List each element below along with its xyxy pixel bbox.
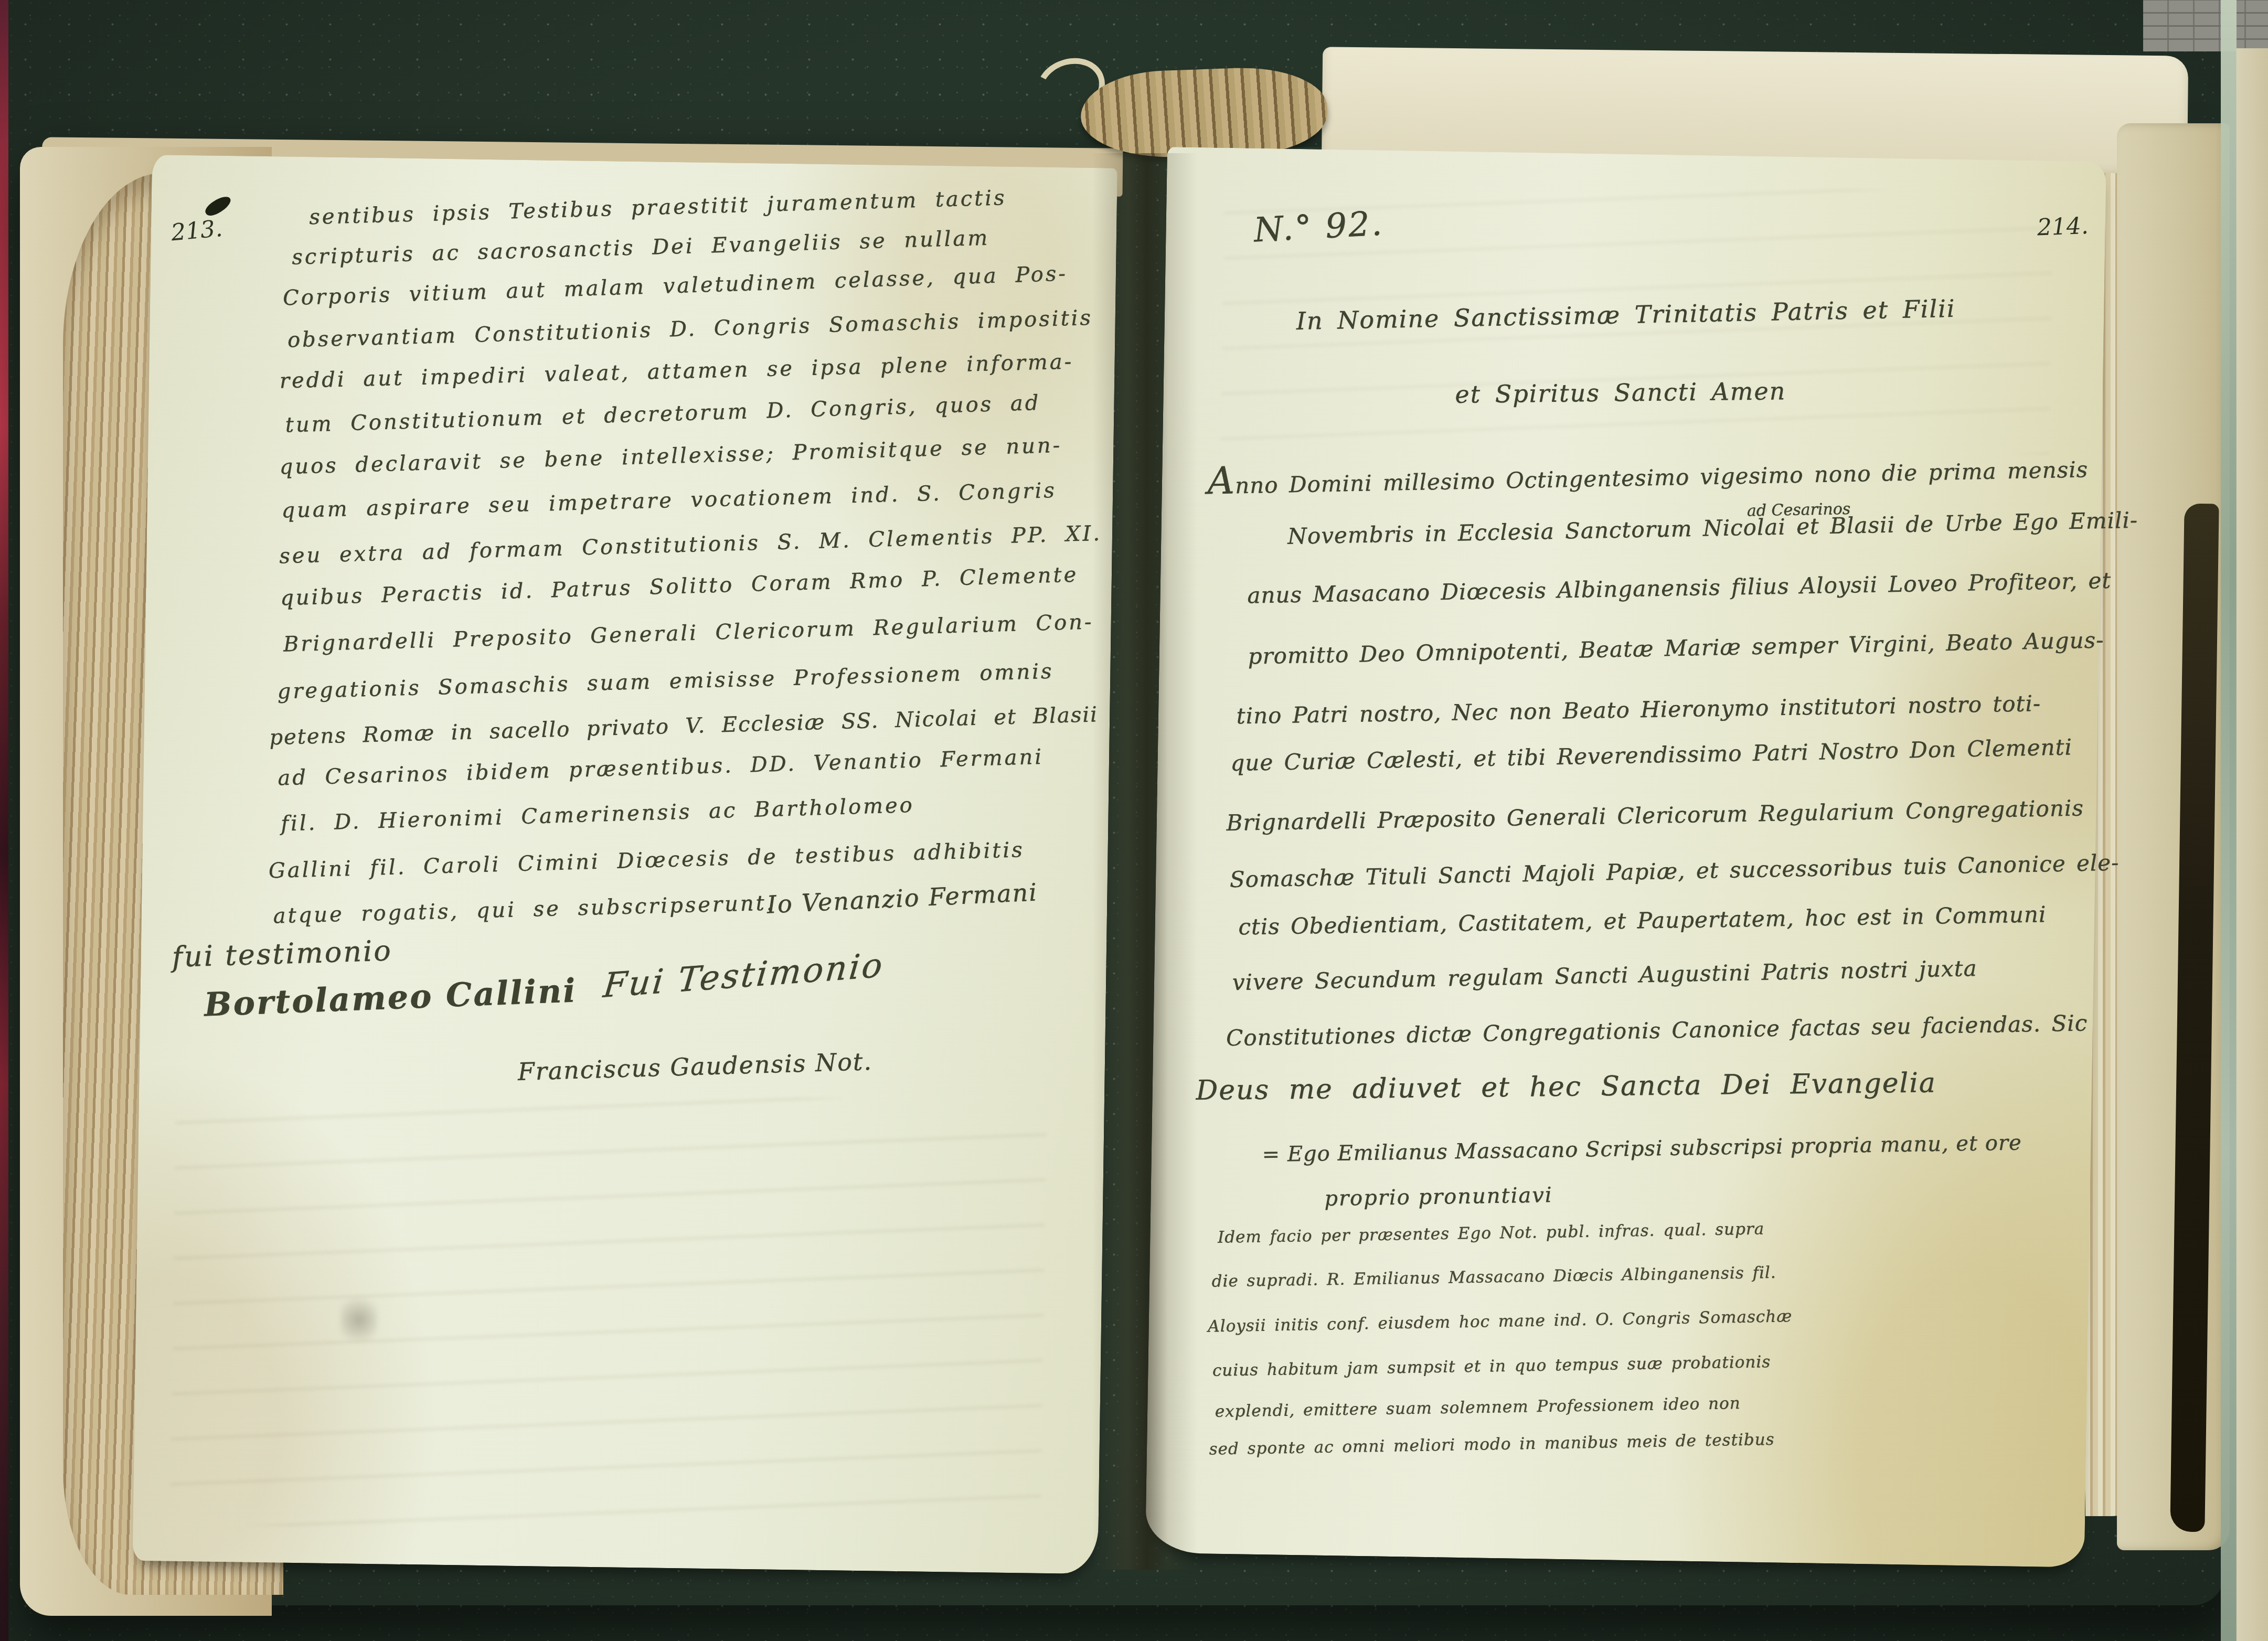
left-page-line: atque rogatis, qui se subscripserunt. (273, 892, 775, 926)
left-page-line: Gallini fil. Caroli Cimini Diœcesis de t… (268, 839, 1025, 881)
color-calibration-strip (0, 0, 8, 1641)
notary-line: cuius habitum jam sumpsit et in quo temp… (1212, 1354, 1771, 1379)
manuscript-photo-scene: 213. sentibus ipsis Testibus praestitit … (0, 0, 2268, 1641)
notary-line: explendi, emittere suam solemnem Profess… (1215, 1395, 1740, 1420)
witness-signature-1: Bortolameo Callini (204, 974, 578, 1021)
left-page-line: seu extra ad formam Constitutionis S. M.… (279, 523, 1102, 567)
body-line: Somaschæ Tituli Sancti Majoli Papiæ, et … (1229, 851, 2119, 891)
left-page-line: quos declaravit se bene intellexisse; Pr… (279, 435, 1062, 478)
left-page-line: sentibus ipsis Testibus praestitit juram… (309, 187, 1007, 228)
body-line: tino Patri nostro, Nec non Beato Hierony… (1236, 692, 2041, 727)
wall-grid-corner (2143, 0, 2268, 51)
witness-io-signature: Io Venanzio Fermani (766, 880, 1038, 917)
glass-plate-edge (2221, 0, 2237, 1641)
left-page-line: ad Cesarinos ibidem præsentibus. DD. Ven… (278, 747, 1044, 789)
body-line: Anno Domini millesimo Octingentesimo vig… (1207, 445, 2089, 500)
entry-number: N.° 92. (1253, 207, 1384, 247)
ink-smudge (340, 1291, 378, 1349)
body-line: vivere Secundum regulam Sancti Augustini… (1232, 957, 1977, 994)
left-page: 213. sentibus ipsis Testibus praestitit … (133, 155, 1117, 1574)
body-line: ctis Obedientiam, Castitatem, et Paupert… (1238, 903, 2047, 938)
body-line: que Curiæ Cælesti, et tibi Reverendissim… (1230, 736, 2072, 774)
left-page-line: Corporis vitium aut malam valetudinem ce… (282, 263, 1068, 308)
left-page-line: gregationis Somaschis suam emisisse Prof… (277, 661, 1054, 702)
witness-label-2: Fui Testimonio (602, 949, 886, 1003)
notary-line: Idem facio per præsentes Ego Not. publ. … (1218, 1221, 1765, 1245)
notary-line: sed sponte ac omni meliori modo in manib… (1209, 1432, 1774, 1458)
body-line: Constitutiones dictæ Congregationis Cano… (1226, 1012, 2088, 1049)
parchment-right-column (2236, 48, 2268, 1641)
right-page-number: 214. (2037, 212, 2089, 241)
left-page-line: quam aspirare seu impetrare vocationem i… (281, 480, 1057, 521)
show-through-lower (170, 1089, 1047, 1537)
left-page-line: tum Constitutionum et decretorum D. Cong… (285, 392, 1041, 436)
left-page-line: petens Romæ in sacello privato V. Eccles… (269, 704, 1098, 748)
left-page-line: fil. D. Hieronimi Camerinensis ac Bartho… (280, 795, 914, 835)
spine-headband (1079, 65, 1328, 160)
left-page-number: 213. (170, 215, 223, 247)
heading-line-1: In Nomine Sanctissimæ Trinitatis Patris … (1296, 296, 1956, 333)
left-page-line: observantiam Constitutionis D. Congris S… (287, 307, 1093, 351)
body-line: Brignardelli Præposito Generali Clericor… (1226, 797, 2084, 834)
left-page-line: scripturis ac sacrosanctis Dei Evangelii… (292, 228, 990, 268)
body-line: anus Masacano Diœcesis Albinganensis fil… (1247, 570, 2111, 607)
profession-signature-line-1: = Ego Emilianus Massacano Scripsi subscr… (1262, 1132, 2022, 1165)
left-page-line: reddi aut impediri valeat, attamen se ip… (279, 351, 1073, 391)
right-page: 214. N.° 92. In Nomine Sanctissimæ Trini… (1145, 147, 2106, 1568)
left-page-line: quibus Peractis id. Patrus Solitto Coram… (280, 564, 1078, 609)
body-line: promitto Deo Omnipotenti, Beatæ Mariæ se… (1248, 629, 2104, 667)
oath-line: Deus me adiuvet et hec Sancta Dei Evange… (1196, 1069, 1936, 1104)
witness-label-1: fui testimonio (172, 936, 392, 971)
profession-signature-line-2: proprio pronuntiavi (1324, 1185, 1553, 1209)
heading-line-2: et Spiritus Sancti Amen (1455, 379, 1786, 407)
body-line: Novembris in Ecclesia Sanctorum Nicolai … (1287, 509, 2138, 548)
notary-signature-left: Franciscus Gaudensis Not. (517, 1049, 872, 1084)
notary-line: Aloysii initis conf. eiusdem hoc mane in… (1208, 1308, 1792, 1335)
notary-line: die supradi. R. Emilianus Massacano Diœc… (1211, 1265, 1776, 1290)
left-page-line: Brignardelli Preposito Generali Clericor… (283, 611, 1094, 655)
